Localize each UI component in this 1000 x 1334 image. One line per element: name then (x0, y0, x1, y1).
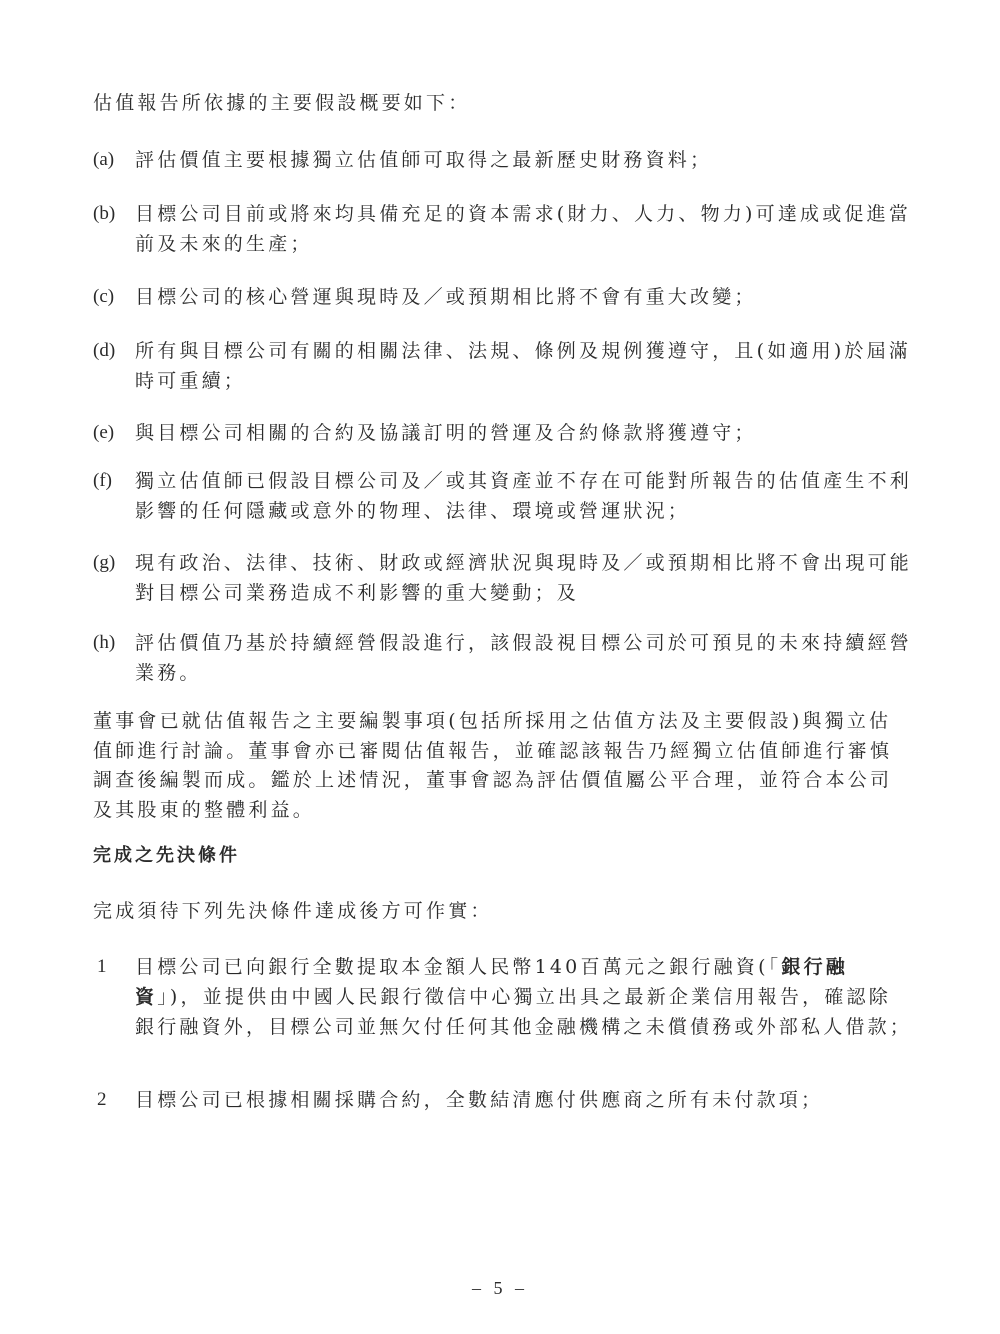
item-number: 2 (93, 1085, 135, 1115)
item-text: 與目標公司相關的合約及協議訂明的營運及合約條款將獲遵守； (135, 418, 913, 448)
page-number: – 5 – (0, 1278, 1000, 1299)
assumption-item-g: (g) 現有政治、法律、技術、財政或經濟狀況與現時及／或預期相比將不會出現可能對… (93, 548, 913, 608)
text-segment: 目標公司已向銀行全數提取本金額人民幣140百萬元之銀行融資(「 (135, 956, 781, 978)
assumption-item-b: (b) 目標公司目前或將來均具備充足的資本需求(財力、人力、物力)可達成或促進當… (93, 199, 913, 259)
item-text: 所有與目標公司有關的相關法律、法規、條例及規例獲遵守，且(如適用)於屆滿時可重續… (135, 336, 913, 396)
assumption-item-c: (c) 目標公司的核心營運與現時及／或預期相比將不會有重大改變； (93, 282, 913, 312)
item-text: 目標公司目前或將來均具備充足的資本需求(財力、人力、物力)可達成或促進當前及未來… (135, 199, 913, 259)
item-label: (f) (93, 466, 135, 526)
section-heading: 完成之先決條件 (93, 842, 240, 870)
assumption-item-d: (d) 所有與目標公司有關的相關法律、法規、條例及規例獲遵守，且(如適用)於屆滿… (93, 336, 913, 396)
conditions-intro: 完成須待下列先決條件達成後方可作實： (93, 896, 913, 926)
condition-item-2: 2 目標公司已根據相關採購合約，全數結清應付供應商之所有未付款項； (93, 1085, 913, 1115)
text-segment: 」)，並提供由中國人民銀行徵信中心獨立出具之最新企業信用報告，確認除銀行融資外，… (135, 986, 912, 1038)
item-label: (b) (93, 199, 135, 259)
item-text: 獨立估值師已假設目標公司及／或其資產並不存在可能對所報告的估值產生不利影響的任何… (135, 466, 913, 526)
document-page: 估值報告所依據的主要假設概要如下： (a) 評估價值主要根據獨立估值師可取得之最… (0, 0, 1000, 1334)
item-text: 評估價值主要根據獨立估值師可取得之最新歷史財務資料； (135, 145, 913, 175)
item-label: (a) (93, 145, 135, 175)
assumption-item-e: (e) 與目標公司相關的合約及協議訂明的營運及合約條款將獲遵守； (93, 418, 913, 448)
item-label: (g) (93, 548, 135, 608)
assumption-item-f: (f) 獨立估值師已假設目標公司及／或其資產並不存在可能對所報告的估值產生不利影… (93, 466, 913, 526)
assumption-item-h: (h) 評估價值乃基於持續經營假設進行，該假設視目標公司於可預見的未來持續經營業… (93, 628, 913, 688)
item-text: 目標公司的核心營運與現時及／或預期相比將不會有重大改變； (135, 282, 913, 312)
item-text: 目標公司已向銀行全數提取本金額人民幣140百萬元之銀行融資(「銀行融資」)，並提… (135, 952, 913, 1042)
intro-text: 估值報告所依據的主要假設概要如下： (93, 88, 913, 118)
assumption-item-a: (a) 評估價值主要根據獨立估值師可取得之最新歷史財務資料； (93, 145, 913, 175)
item-label: (h) (93, 628, 135, 688)
item-label: (c) (93, 282, 135, 312)
item-label: (e) (93, 418, 135, 448)
item-text: 評估價值乃基於持續經營假設進行，該假設視目標公司於可預見的未來持續經營業務。 (135, 628, 913, 688)
item-text: 目標公司已根據相關採購合約，全數結清應付供應商之所有未付款項； (135, 1085, 913, 1115)
item-text: 現有政治、法律、技術、財政或經濟狀況與現時及／或預期相比將不會出現可能對目標公司… (135, 548, 913, 608)
item-label: (d) (93, 336, 135, 396)
item-number: 1 (93, 952, 135, 1042)
condition-item-1: 1 目標公司已向銀行全數提取本金額人民幣140百萬元之銀行融資(「銀行融資」)，… (93, 952, 913, 1042)
board-paragraph: 董事會已就估值報告之主要編製事項(包括所採用之估值方法及主要假設)與獨立估值師進… (93, 707, 913, 825)
